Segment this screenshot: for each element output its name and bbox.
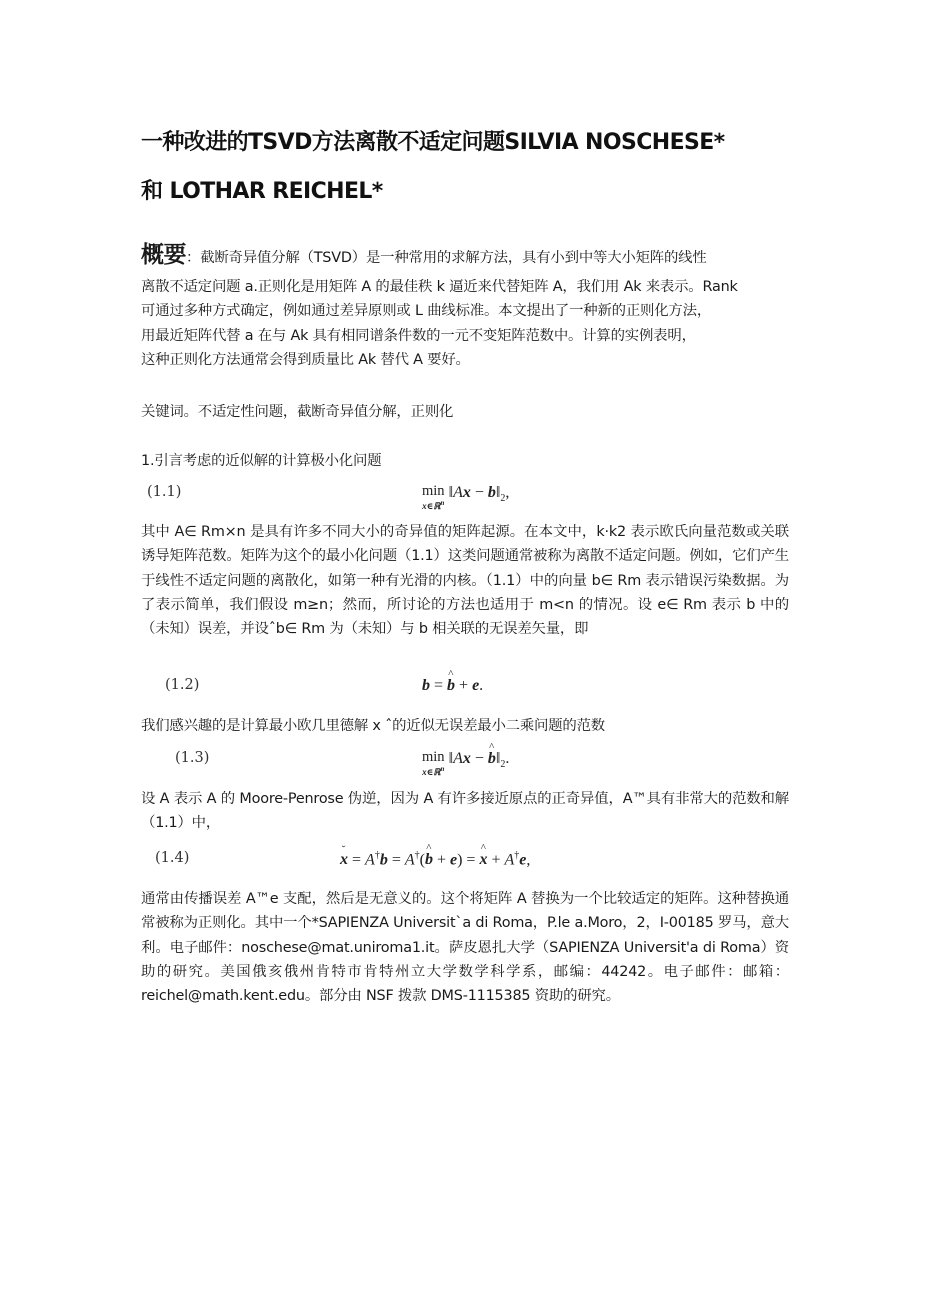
abstract-line-3: 可通过多种方式确定，例如通过差异原则或 L 曲线标准。本文提出了一种新的正则化方…	[141, 299, 789, 323]
equation-number: (1.2)	[165, 677, 199, 693]
equation-1-2: (1.2) b = b + e.	[141, 677, 789, 703]
paper-title: 一种改进的TSVD方法离散不适定问题SILVIA NOSCHESE* 和 LOT…	[141, 118, 801, 216]
equation-1-4: (1.4) x = A†b = A†(b + e) = x + A†e,	[141, 850, 789, 876]
paragraph-4: 通常由传播误差 A™e 支配，然后是无意义的。这个将矩阵 A 替换为一个比较适定…	[141, 887, 789, 1008]
abstract-first-line: 概要：截断奇异值分解（TSVD）是一种常用的求解方法，具有小到中等大小矩阵的线性	[141, 238, 789, 275]
equation-number: (1.1)	[147, 484, 181, 500]
abstract-label: 概要	[141, 242, 186, 268]
keywords: 关键词。不适定性问题，截断奇异值分解，正则化	[141, 400, 789, 424]
paragraph-3: 设 A 表示 A 的 Moore-Penrose 伪逆，因为 A 有许多接近原点…	[141, 787, 789, 836]
abstract-line-1: ：截断奇异值分解（TSVD）是一种常用的求解方法，具有小到中等大小矩阵的线性	[186, 250, 707, 266]
abstract-line-5: 这种正则化方法通常会得到质量比 Ak 替代 A 要好。	[141, 348, 789, 372]
equation-body: minx∈ℝn ‖Ax − b‖2,	[422, 484, 509, 511]
abstract-line-4: 用最近矩阵代替 a 在与 Ak 具有相同谱条件数的一元不变矩阵范数中。计算的实例…	[141, 324, 789, 348]
title-line-1: 一种改进的TSVD方法离散不适定问题SILVIA NOSCHESE*	[141, 118, 801, 167]
paragraph-2: 我们感兴趣的是计算最小欧几里德解 x ˆ的近似无误差最小二乘问题的范数	[141, 714, 789, 738]
equation-number: (1.4)	[155, 850, 189, 866]
equation-1-1: (1.1) minx∈ℝn ‖Ax − b‖2,	[141, 484, 789, 510]
equation-body: x = A†b = A†(b + e) = x + A†e,	[340, 850, 530, 869]
equation-body: b = b + e.	[422, 677, 483, 695]
equation-body: minx∈ℝn ‖Ax − b‖2.	[422, 750, 509, 777]
abstract-line-2: 离散不适定问题 a.正则化是用矩阵 A 的最佳秩 k 逼近来代替矩阵 A，我们用…	[141, 275, 789, 299]
title-line-2: 和 LOTHAR REICHEL*	[141, 167, 801, 216]
section-heading: 1.引言考虑的近似解的计算极小化问题	[141, 449, 789, 473]
equation-number: (1.3)	[175, 750, 209, 766]
abstract: 概要：截断奇异值分解（TSVD）是一种常用的求解方法，具有小到中等大小矩阵的线性…	[141, 238, 789, 372]
paragraph-1: 其中 A∈ Rm×n 是具有许多不同大小的奇异值的矩阵起源。在本文中，k·k2 …	[141, 520, 789, 641]
equation-1-3: (1.3) minx∈ℝn ‖Ax − b‖2.	[141, 750, 789, 776]
